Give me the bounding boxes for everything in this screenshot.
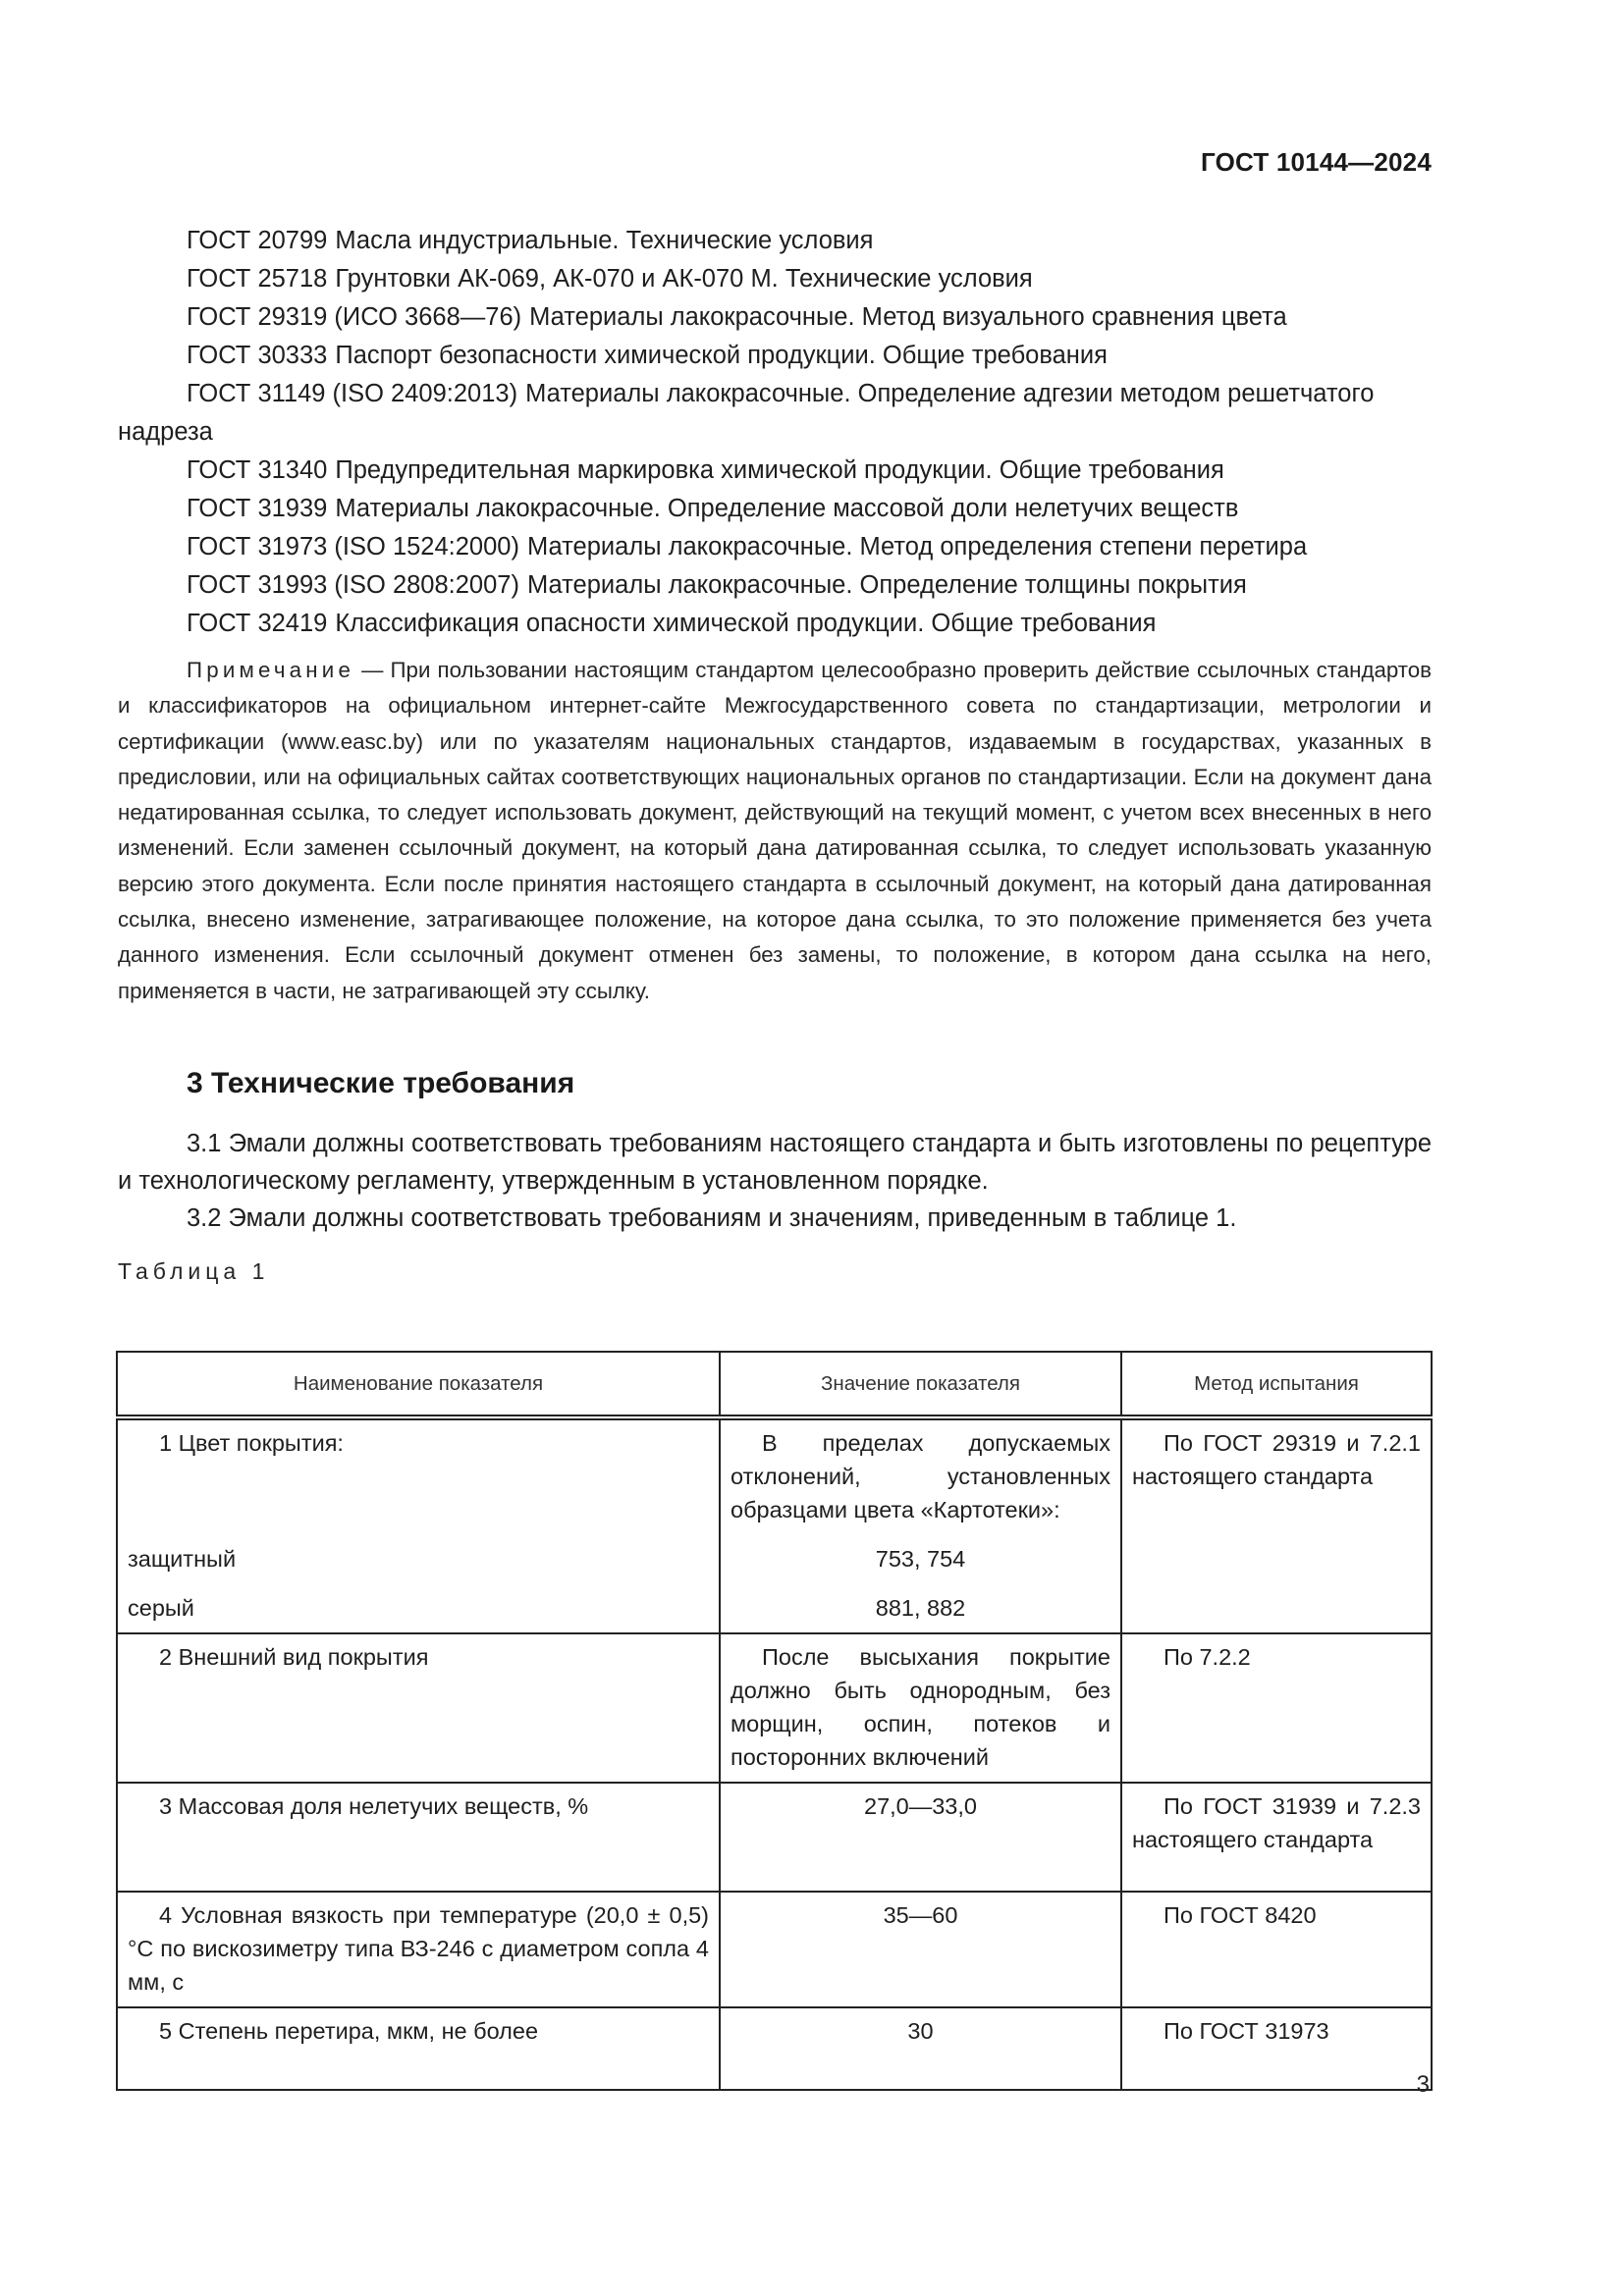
indicator-subname: серый: [128, 1591, 709, 1625]
reference-title: Грунтовки АК-069, АК-070 и АК-070 М. Тех…: [335, 265, 1032, 293]
reference-item: ГОСТ 31340Предупредительная маркировка х…: [118, 452, 1432, 490]
document-header-id: ГОСТ 10144—2024: [1201, 147, 1432, 178]
reference-item: ГОСТ 29319 (ИСО 3668—76)Материалы лакокр…: [118, 298, 1432, 337]
table-row: 4 Условная вязкость при температуре (20,…: [117, 1892, 1432, 2007]
indicator-cell: 3 Массовая доля нелетучих веществ, %: [117, 1783, 720, 1892]
page-content: ГОСТ 20799Масла индустриальные. Техничес…: [118, 222, 1432, 1288]
clause-3-1: 3.1 Эмали должны соответствовать требова…: [118, 1125, 1432, 1200]
reference-code: ГОСТ 31939: [187, 495, 327, 522]
requirements-table: Наименование показателя Значение показат…: [116, 1351, 1433, 2091]
value-text: В пределах допускаемых отклонений, устан…: [731, 1426, 1110, 1526]
reference-item: ГОСТ 30333Паспорт безопасности химическо…: [118, 337, 1432, 375]
reference-code: ГОСТ 31993 (ISO 2808:2007): [187, 571, 519, 599]
value-subvalue: 881, 882: [731, 1591, 1110, 1625]
value-cell: 35—60: [720, 1892, 1121, 2007]
value-text: 35—60: [731, 1898, 1110, 1932]
method-cell: По ГОСТ 8420: [1121, 1892, 1432, 2007]
indicator-cell: 4 Условная вязкость при температуре (20,…: [117, 1892, 720, 2007]
table-row: 3 Массовая доля нелетучих веществ, % 27,…: [117, 1783, 1432, 1892]
indicator-cell: 5 Степень перетира, мкм, не более: [117, 2007, 720, 2090]
table-row: 1 Цвет покрытия: защитный серый В предел…: [117, 1417, 1432, 1633]
method-text: По ГОСТ 8420: [1132, 1898, 1421, 1932]
column-header-indicator: Наименование показателя: [117, 1352, 720, 1417]
value-text: 27,0—33,0: [731, 1789, 1110, 1823]
column-header-method: Метод испытания: [1121, 1352, 1432, 1417]
reference-item: ГОСТ 31149 (ISO 2409:2013)Материалы лако…: [118, 375, 1432, 452]
table-row: 5 Степень перетира, мкм, не более 30 По …: [117, 2007, 1432, 2090]
note-text: — При пользовании настоящим стандартом ц…: [118, 658, 1432, 1003]
reference-code: ГОСТ 31340: [187, 456, 327, 484]
column-header-value: Значение показателя: [720, 1352, 1121, 1417]
reference-item: ГОСТ 31993 (ISO 2808:2007)Материалы лако…: [118, 566, 1432, 605]
method-text: По ГОСТ 31939 и 7.2.3 настоящего стандар…: [1132, 1789, 1421, 1856]
value-subvalue: 753, 754: [731, 1542, 1110, 1575]
method-cell: По ГОСТ 31939 и 7.2.3 настоящего стандар…: [1121, 1783, 1432, 1892]
method-cell: По ГОСТ 29319 и 7.2.1 настоящего стандар…: [1121, 1417, 1432, 1633]
value-cell: После высыхания покрытие должно быть одн…: [720, 1633, 1121, 1783]
clause-3-2: 3.2 Эмали должны соответствовать требова…: [118, 1200, 1432, 1237]
indicator-name: 3 Массовая доля нелетучих веществ, %: [128, 1789, 709, 1823]
indicator-name: 1 Цвет покрытия:: [128, 1426, 709, 1460]
indicator-cell: 1 Цвет покрытия: защитный серый: [117, 1417, 720, 1633]
reference-title: Предупредительная маркировка химической …: [335, 456, 1223, 484]
reference-title: Материалы лакокрасочные. Определение тол…: [527, 571, 1247, 599]
table-caption: Таблица 1: [118, 1255, 1432, 1288]
reference-item: ГОСТ 31973 (ISO 1524:2000)Материалы лако…: [118, 528, 1432, 566]
method-text: По 7.2.2: [1132, 1640, 1421, 1674]
method-text: По ГОСТ 31973: [1132, 2014, 1421, 2048]
reference-title: Материалы лакокрасочные. Определение мас…: [335, 495, 1238, 522]
reference-code: ГОСТ 20799: [187, 227, 327, 254]
indicator-cell: 2 Внешний вид покрытия: [117, 1633, 720, 1783]
reference-code: ГОСТ 29319 (ИСО 3668—76): [187, 303, 521, 331]
table-row: 2 Внешний вид покрытия После высыхания п…: [117, 1633, 1432, 1783]
reference-title: Паспорт безопасности химической продукци…: [335, 342, 1108, 369]
table-header-row: Наименование показателя Значение показат…: [117, 1352, 1432, 1417]
normative-references-list: ГОСТ 20799Масла индустриальные. Техничес…: [118, 222, 1432, 643]
value-cell: В пределах допускаемых отклонений, устан…: [720, 1417, 1121, 1633]
note-paragraph: Примечание — При пользовании настоящим с…: [118, 653, 1432, 1009]
note-label: Примечание: [187, 658, 354, 682]
reference-code: ГОСТ 31973 (ISO 1524:2000): [187, 533, 519, 561]
reference-title: Классификация опасности химической проду…: [335, 610, 1156, 637]
value-cell: 27,0—33,0: [720, 1783, 1121, 1892]
indicator-name: 5 Степень перетира, мкм, не более: [128, 2014, 709, 2048]
reference-code: ГОСТ 25718: [187, 265, 327, 293]
indicator-name: 4 Условная вязкость при температуре (20,…: [128, 1898, 709, 1999]
value-text: 30: [731, 2014, 1110, 2048]
method-cell: По ГОСТ 31973: [1121, 2007, 1432, 2090]
reference-title: Материалы лакокрасочные. Метод визуально…: [529, 303, 1287, 331]
indicator-subname: защитный: [128, 1542, 709, 1575]
method-text: По ГОСТ 29319 и 7.2.1 настоящего стандар…: [1132, 1426, 1421, 1493]
reference-code: ГОСТ 32419: [187, 610, 327, 637]
reference-item: ГОСТ 31939Материалы лакокрасочные. Опред…: [118, 490, 1432, 528]
reference-code: ГОСТ 31149 (ISO 2409:2013): [187, 380, 517, 407]
reference-item: ГОСТ 25718Грунтовки АК-069, АК-070 и АК-…: [118, 260, 1432, 298]
reference-item: ГОСТ 20799Масла индустриальные. Техничес…: [118, 222, 1432, 260]
value-cell: 30: [720, 2007, 1121, 2090]
method-cell: По 7.2.2: [1121, 1633, 1432, 1783]
page-number: 3: [1417, 2071, 1430, 2099]
reference-title: Материалы лакокрасочные. Метод определен…: [527, 533, 1307, 561]
value-text: После высыхания покрытие должно быть одн…: [731, 1640, 1110, 1774]
reference-item: ГОСТ 32419Классификация опасности химиче…: [118, 605, 1432, 643]
section-heading: 3 Технические требования: [118, 1064, 1432, 1103]
indicator-name: 2 Внешний вид покрытия: [128, 1640, 709, 1674]
reference-title: Масла индустриальные. Технические услови…: [335, 227, 873, 254]
reference-code: ГОСТ 30333: [187, 342, 327, 369]
